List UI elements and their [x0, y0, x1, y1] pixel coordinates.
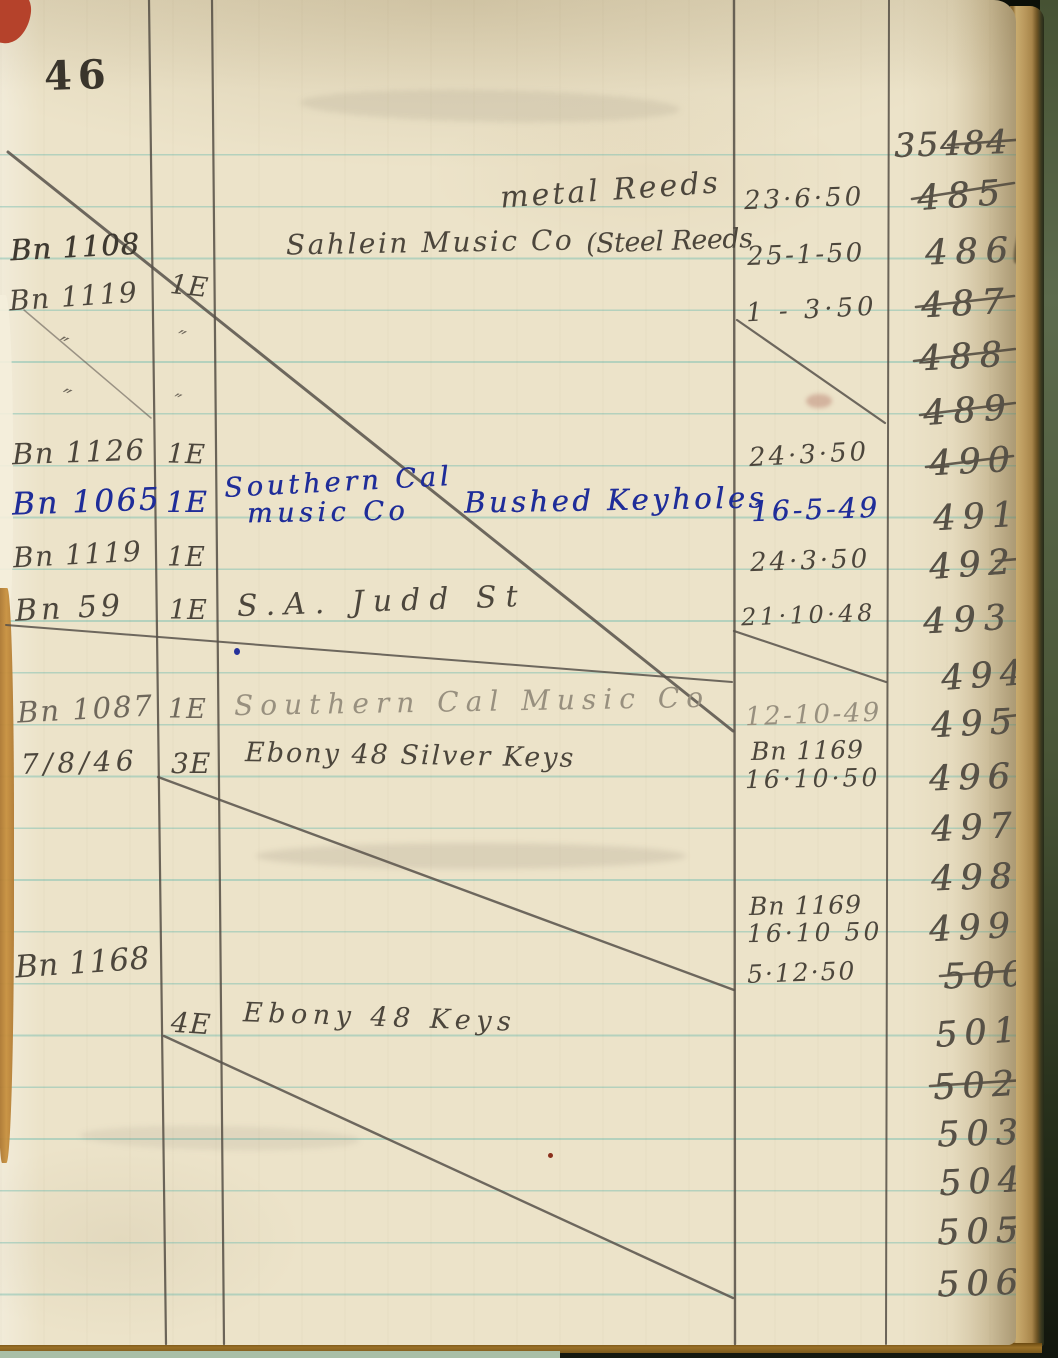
ref-bn-1065: Bn 1065 [12, 484, 162, 520]
serial-504: 504 [938, 1163, 1016, 1203]
ref-bn-1108: Bn 1108 [9, 230, 140, 266]
scanned-ledger-photo: 46 metal Reeds23·6·50Bn 1108Sahlein Musi… [0, 0, 1058, 1358]
desc-music-co-blue: music Co [247, 498, 410, 528]
date-row496-ref: Bn 1169 [751, 737, 864, 764]
ink-bleed-ghost-mid [256, 843, 686, 869]
serial-488: 488 [918, 338, 1011, 378]
desc-steel-reeds: (Steel Reeds [586, 225, 753, 258]
ref-7-8-46: 7/8/46 [21, 747, 139, 779]
serial-500: 500 [942, 957, 1016, 995]
date-row491: 16-5-49 [751, 494, 881, 526]
serial-491: 491 [932, 498, 1016, 538]
size-1e-row487: 1E [169, 271, 210, 302]
size-1e-row490: 1E [167, 440, 207, 468]
size-1e-row492: 1E [167, 544, 206, 571]
size-3e-row496: 3E [171, 750, 211, 778]
binding-cloth-edge [0, 588, 14, 1163]
ledger-paper: 46 metal Reeds23·6·50Bn 1108Sahlein Musi… [0, 0, 1016, 1345]
ref-bn-1126: Bn 1126 [12, 436, 146, 470]
serial-487: 487 [920, 285, 1013, 325]
desc-sahlein-music-co: Sahlein Music Co [286, 226, 575, 259]
date-row499-ref: Bn 1169 [749, 892, 862, 919]
ref-bn-1168: Bn 1168 [14, 943, 151, 983]
pink-smudge [806, 394, 832, 408]
date-row490: 24·3·50 [748, 439, 869, 471]
date-row496: 16·10·50 [745, 765, 881, 792]
date-row485: 23·6·50 [744, 184, 865, 214]
date-row493: 21·10·48 [741, 601, 877, 630]
size-4e-row501: 4E [170, 1009, 212, 1040]
serial-494: 494 [940, 656, 1016, 697]
serial-503: 503 [936, 1115, 1016, 1153]
serial-486: 486 [924, 233, 1016, 271]
serial-484: 35484 [893, 125, 1009, 162]
date-row492: 24·3·50 [750, 546, 871, 576]
serial-489: 489 [922, 391, 1015, 432]
size-1e-row495: 1E [168, 696, 207, 723]
ref-bn-59: Bn 59 [14, 591, 124, 627]
serial-490: 490 [928, 443, 1016, 483]
serial-506: 506 [936, 1265, 1016, 1303]
date-row487: 1 - 3·50 [745, 294, 878, 327]
date-row500: 5·12·50 [747, 958, 857, 987]
page-number: 46 [43, 55, 112, 97]
serial-497: 497 [930, 809, 1016, 849]
desc-ebony-48-silver-keys: Ebony 48 Silver Keys [245, 739, 576, 772]
serial-501: 501 [934, 1013, 1016, 1054]
size-1e-row493: 1E [169, 597, 208, 624]
date-row499: 16·10 50 [747, 919, 883, 946]
date-row495: 12-10-49 [745, 700, 883, 731]
size-1e-row491: 1E [166, 488, 208, 517]
serial-498: 498 [930, 859, 1016, 897]
ref-bn-1087: Bn 1087 [16, 691, 154, 727]
date-row486: 25-1-50 [747, 240, 866, 270]
red-speck [548, 1153, 553, 1158]
serial-505: 505 [936, 1213, 1016, 1251]
serial-495: 495 [930, 705, 1016, 745]
ref-bn-1119-b: Bn 1119 [12, 538, 143, 573]
serial-485: 485 [916, 176, 1009, 217]
blue-ink-dot [234, 648, 240, 655]
desc-bushed-keyholes: Bushed Keyholes [464, 483, 767, 517]
serial-502: 502 [932, 1067, 1016, 1107]
serial-499: 499 [928, 909, 1016, 949]
scan-table-surface [0, 1351, 560, 1358]
desc-southern-cal-pencil: Southern Cal Music Co [234, 684, 711, 720]
serial-496: 496 [928, 759, 1016, 797]
serial-493: 493 [922, 601, 1015, 641]
serial-492: 492 [928, 545, 1016, 586]
